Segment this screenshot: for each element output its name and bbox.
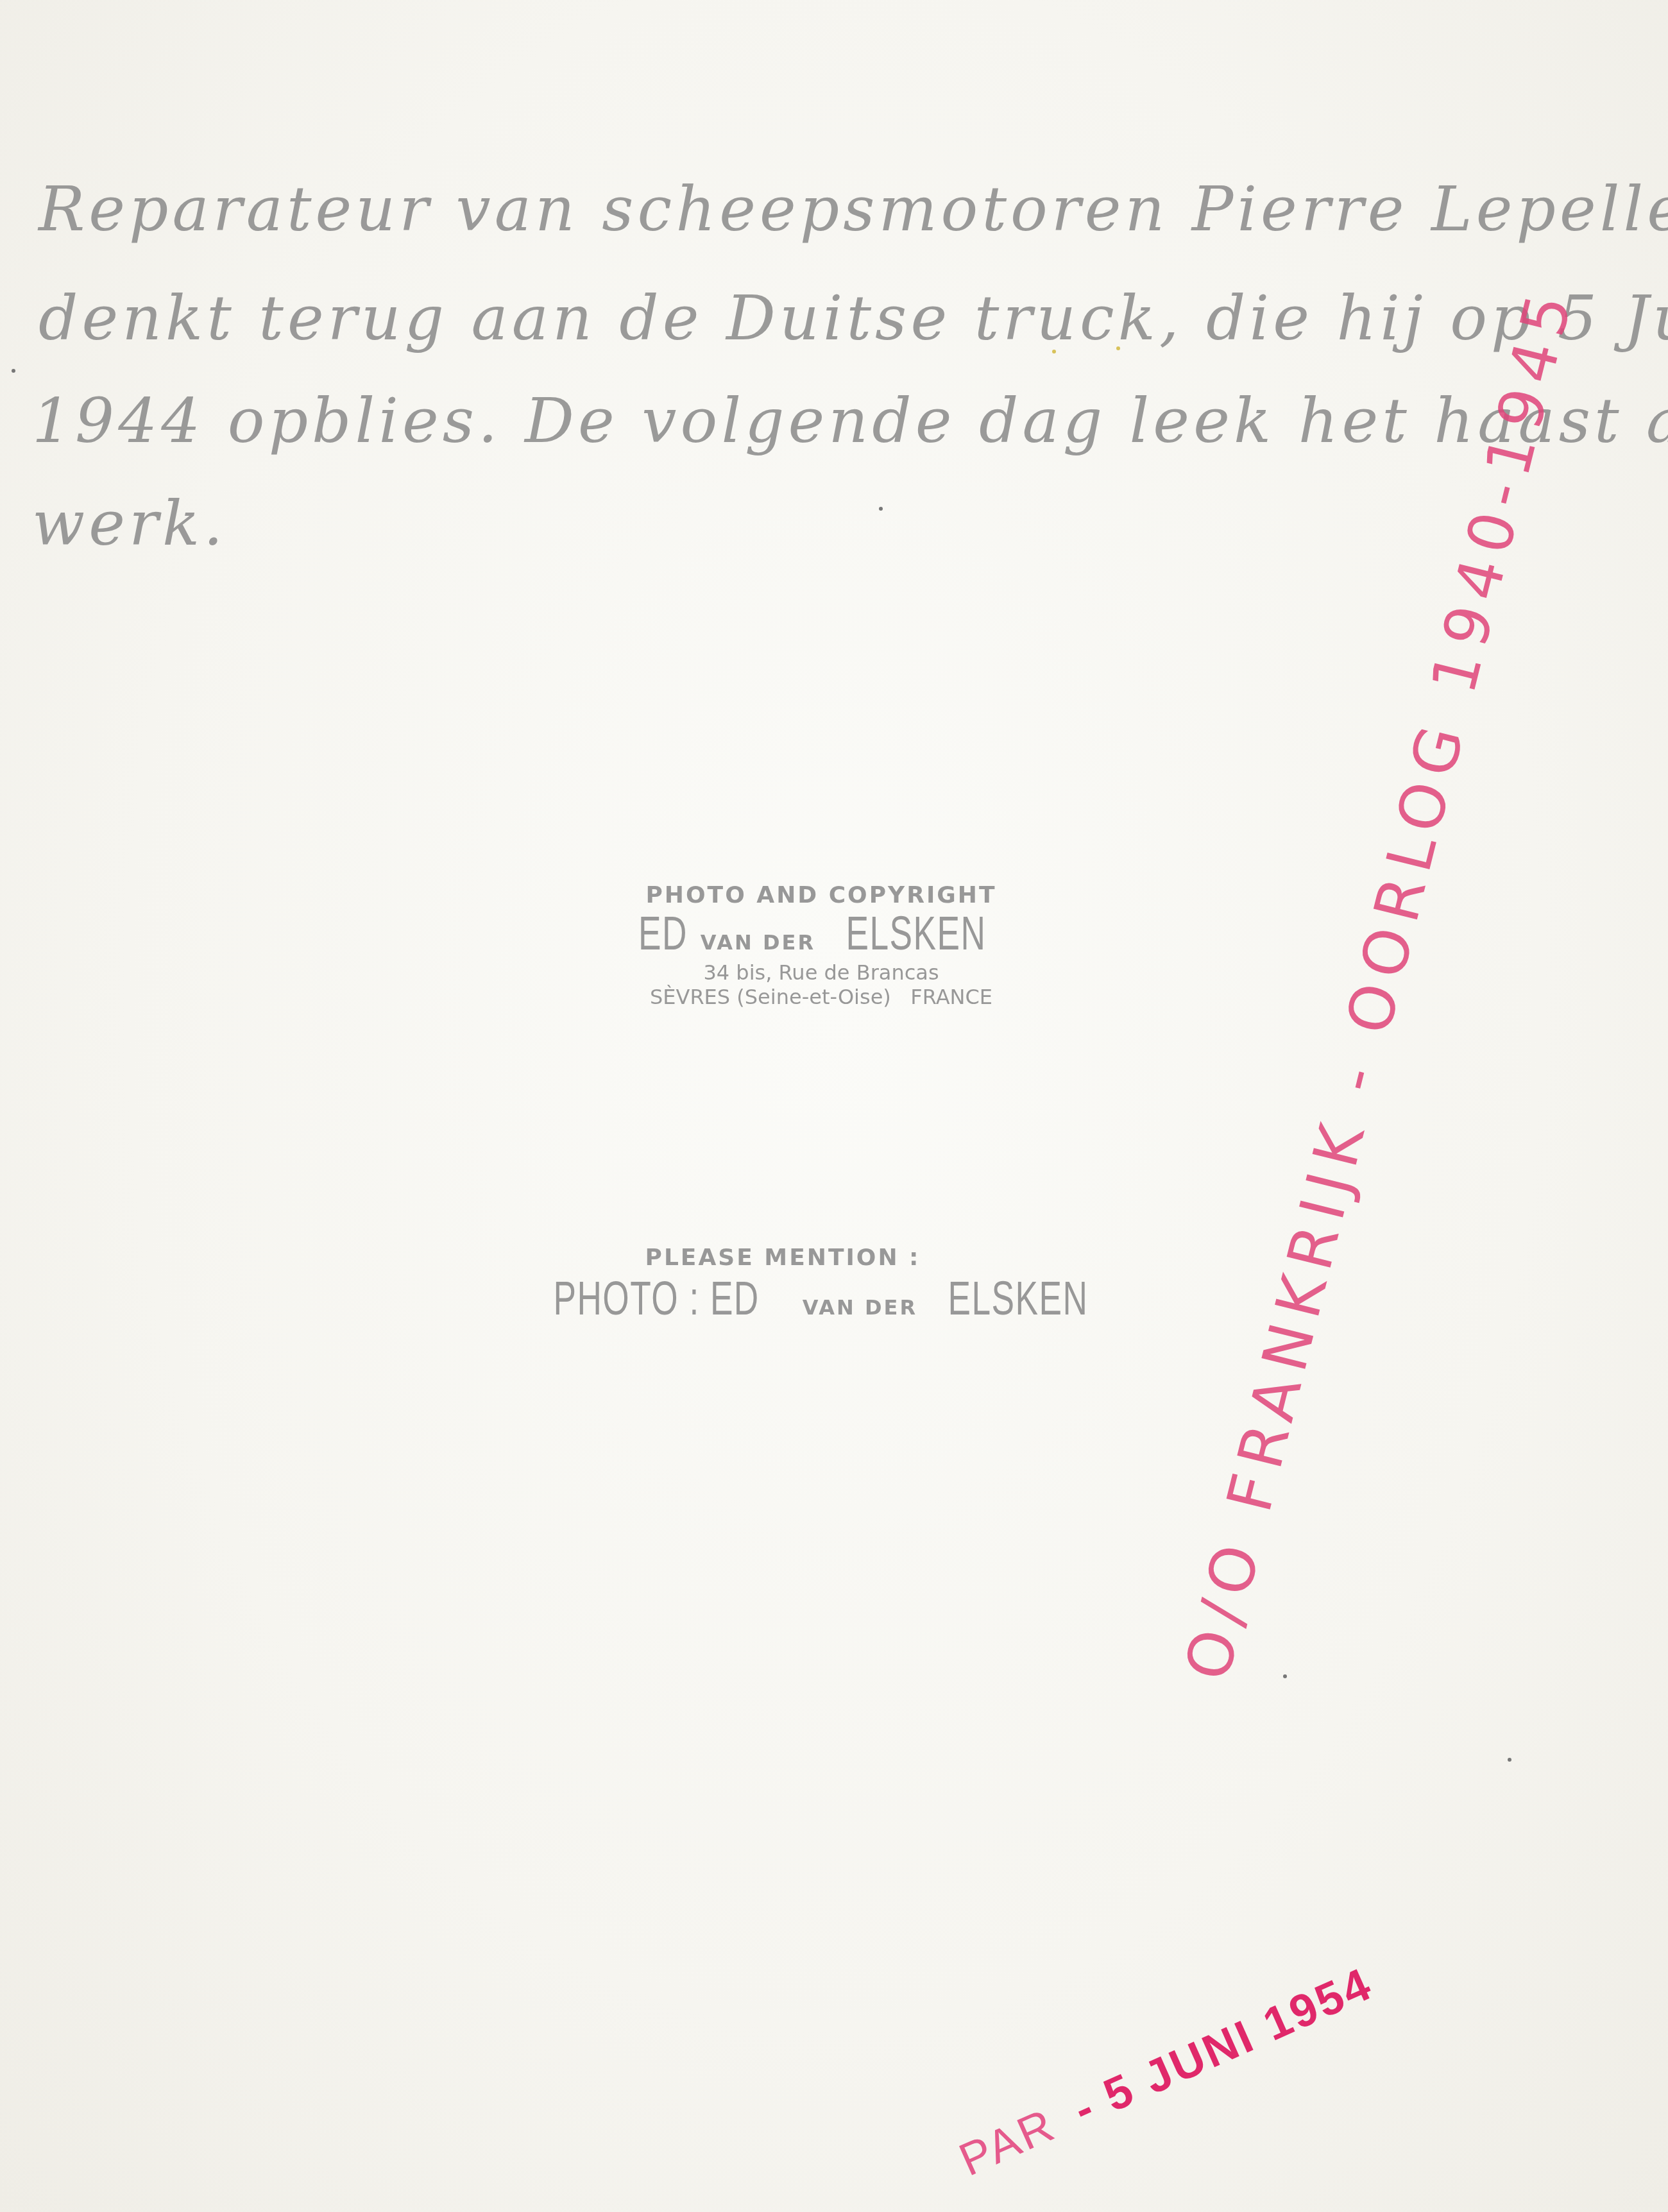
credit-elsken: ELSKEN — [948, 1271, 1088, 1325]
handwritten-line-3: 1944 opblies. De volgende dag leek het h… — [32, 385, 1668, 457]
paper-speck — [879, 507, 883, 511]
credit-stamp-heading: PLEASE MENTION : — [513, 1245, 1052, 1271]
copyright-stamp: PHOTO AND COPYRIGHT ED VAN DER ELSKEN 34… — [603, 882, 1039, 1009]
copyright-stamp-address-1: 34 bis, Rue de Brancas — [603, 960, 1039, 985]
copyright-stamp-address-2: SÈVRES (Seine-et-Oise) FRANCE — [603, 985, 1039, 1009]
credit-stamp-line: PHOTO : ED VAN DER ELSKEN — [513, 1271, 1052, 1325]
paper-speck — [1283, 1674, 1287, 1678]
credit-van-der: VAN DER — [803, 1295, 917, 1320]
copyright-stamp-name: ED VAN DER ELSKEN — [603, 906, 1039, 960]
handwritten-line-4: werk. — [32, 488, 227, 559]
handwritten-line-2: denkt terug aan de Duitse truck, die hij… — [38, 282, 1668, 354]
name-van-der: VAN DER — [701, 930, 815, 955]
handwritten-line-1: Reparateur van scheepsmotoren Pierre Lep… — [38, 173, 1668, 245]
paper-speck — [1508, 1758, 1511, 1762]
paper-speck — [12, 369, 15, 373]
name-ed: ED — [638, 906, 688, 960]
credit-photo-ed: PHOTO : ED — [553, 1271, 759, 1325]
paper-speck — [1052, 350, 1056, 353]
paper-speck — [1116, 346, 1120, 350]
name-elsken: ELSKEN — [846, 906, 986, 960]
credit-stamp: PLEASE MENTION : PHOTO : ED VAN DER ELSK… — [513, 1245, 1052, 1325]
copyright-stamp-heading: PHOTO AND COPYRIGHT — [603, 882, 1039, 908]
